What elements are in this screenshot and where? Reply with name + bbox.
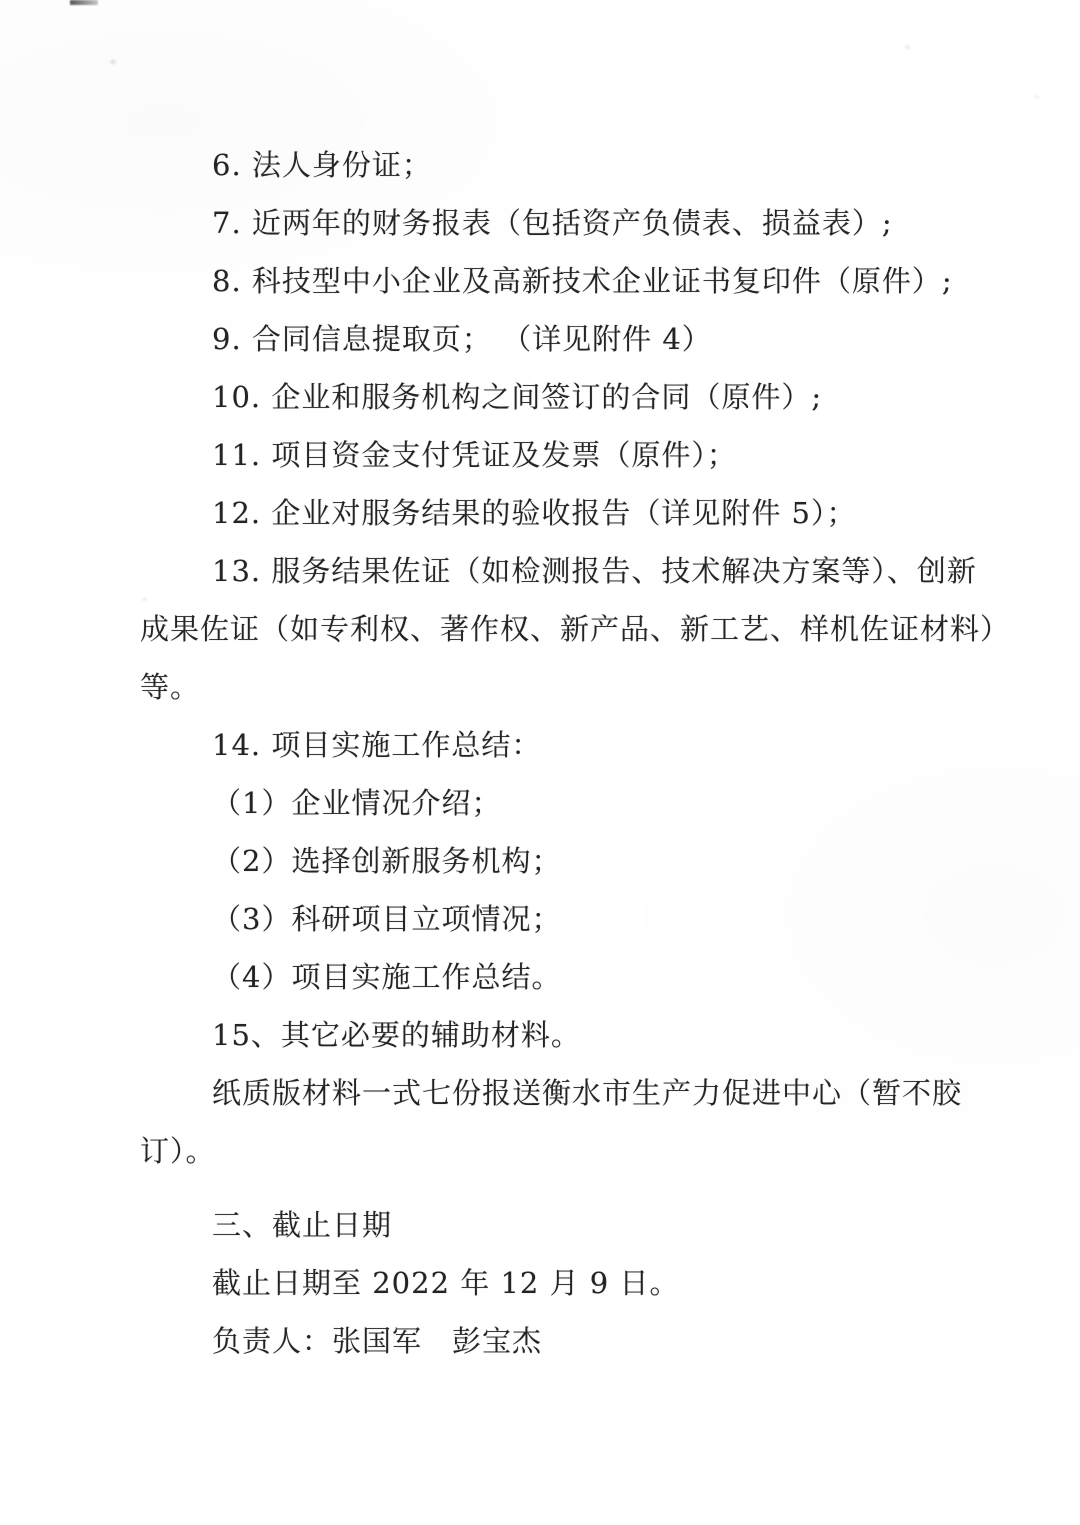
document-line: 8. 科技型中小企业及高新技术企业证书复印件（原件）; (140, 252, 990, 310)
document-line: 11. 项目资金支付凭证及发票（原件）； (140, 426, 990, 484)
scan-speck (110, 60, 116, 64)
scan-speck (905, 45, 910, 49)
document-page: 6. 法人身份证；7. 近两年的财务报表（包括资产负债表、损益表）;8. 科技型… (0, 0, 1080, 1525)
document-body: 6. 法人身份证；7. 近两年的财务报表（包括资产负债表、损益表）;8. 科技型… (140, 136, 990, 1370)
document-line: 截止日期至 2022 年 12 月 9 日。 (140, 1254, 990, 1312)
document-line: 负责人：张国军 彭宝杰 (140, 1312, 990, 1370)
document-line: 等。 (140, 658, 990, 716)
document-line: 纸质版材料一式七份报送衡水市生产力促进中心（暂不胶 (140, 1064, 990, 1122)
document-line: 三、截止日期 (140, 1196, 990, 1254)
document-line: （1）企业情况介绍； (140, 774, 990, 832)
scan-smudge (70, 0, 98, 5)
scan-speck (1035, 95, 1039, 99)
document-line: 9. 合同信息提取页； （详见附件 4） (140, 310, 990, 368)
document-line: 7. 近两年的财务报表（包括资产负债表、损益表）; (140, 194, 990, 252)
document-line: 14. 项目实施工作总结： (140, 716, 990, 774)
document-line: 6. 法人身份证； (140, 136, 990, 194)
document-line: （4）项目实施工作总结。 (140, 948, 990, 1006)
document-line: 15、其它必要的辅助材料。 (140, 1006, 990, 1064)
document-line: 成果佐证（如专利权、著作权、新产品、新工艺、样机佐证材料） (140, 600, 990, 658)
document-line: （2）选择创新服务机构； (140, 832, 990, 890)
document-line: 10. 企业和服务机构之间签订的合同（原件）; (140, 368, 990, 426)
document-line: 订）。 (140, 1122, 990, 1180)
document-line: 13. 服务结果佐证（如检测报告、技术解决方案等）、创新 (140, 542, 990, 600)
document-line: （3）科研项目立项情况； (140, 890, 990, 948)
document-line: 12. 企业对服务结果的验收报告（详见附件 5）； (140, 484, 990, 542)
